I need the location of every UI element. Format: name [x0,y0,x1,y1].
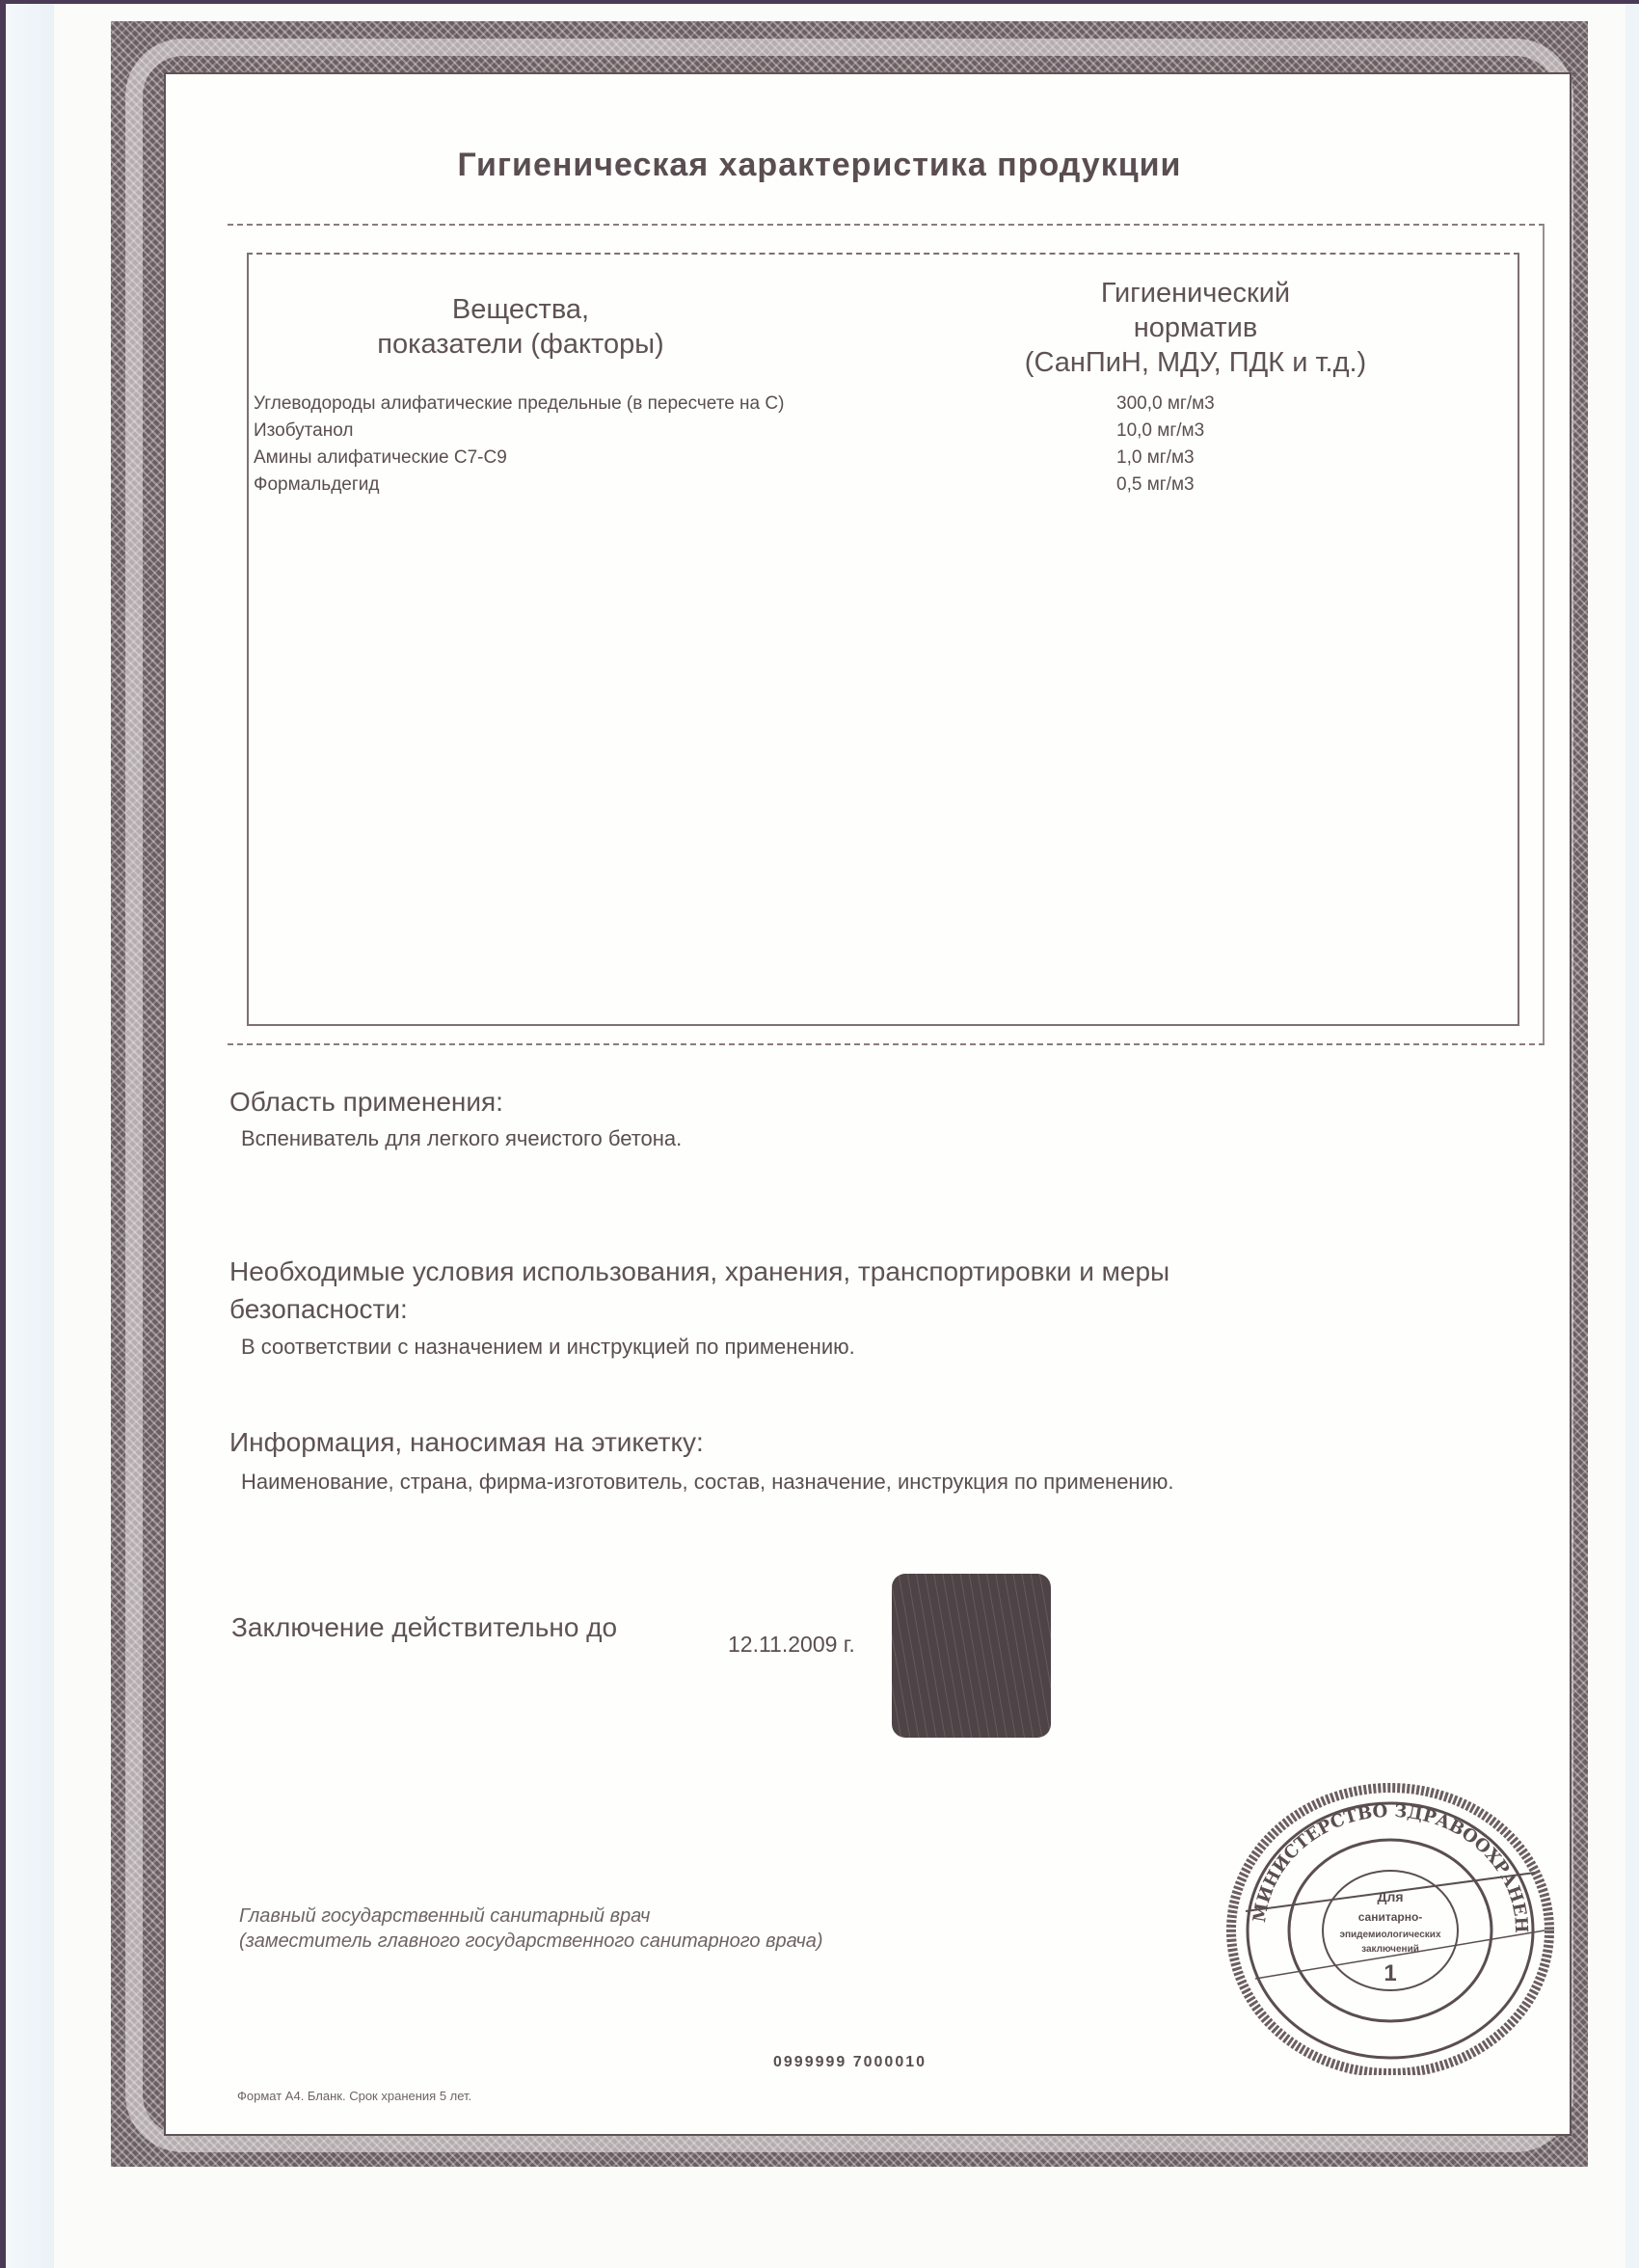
norm-cell: 0,5 мг/м3 [1116,472,1215,499]
substance-cell: Изобутанол [254,418,784,445]
scope-text: Вспениватель для легкого ячеистого бетон… [241,1126,682,1151]
scope-heading: Область применения: [229,1087,503,1118]
column-header-norm: Гигиенический норматив (СанПиН, МДУ, ПДК… [945,276,1446,380]
substance-cell: Углеводороды алифатические предельные (в… [254,391,784,418]
svg-text:1: 1 [1384,1960,1396,1986]
substance-cell: Формальдегид [254,472,784,499]
header-line: норматив [945,310,1446,345]
signatory-line1: Главный государственный санитарный врач [239,1903,823,1929]
header-line: (СанПиН, МДУ, ПДК и т.д.) [945,345,1446,380]
norm-cell: 10,0 мг/м3 [1116,418,1215,445]
header-line: Гигиенический [945,276,1446,310]
validity-label: Заключение действительно до [231,1612,617,1643]
norm-cell: 1,0 мг/м3 [1116,445,1215,472]
label-info-heading: Информация, наносимая на этикетку: [229,1427,704,1458]
conditions-text: В соответствии с назначением и инструкци… [241,1335,855,1360]
header-line: показатели (факторы) [280,327,762,362]
round-seal: МИНИСТЕРСТВО ЗДРАВООХРАНЕНИЯ РОССИЙСКОЙ … [1226,1776,1554,2075]
substance-cell: Амины алифатические С7-С9 [254,445,784,472]
document-title: Гигиеническая характеристика продукции [0,147,1639,184]
form-format-note: Формат А4. Бланк. Срок хранения 5 лет. [237,2089,471,2103]
scanner-background [6,4,56,2268]
substance-column: Углеводороды алифатические предельные (в… [254,391,784,499]
column-header-substances: Вещества, показатели (факторы) [280,292,762,362]
label-info-text: Наименование, страна, фирма-изготовитель… [241,1470,1173,1495]
official-stamp [892,1574,1051,1738]
validity-date: 12.11.2009 г. [728,1632,855,1658]
header-line: Вещества, [280,292,762,327]
norm-cell: 300,0 мг/м3 [1116,391,1215,418]
svg-text:эпидемиологических: эпидемиологических [1339,1930,1440,1940]
svg-text:санитарно-: санитарно- [1358,1910,1423,1924]
form-serial-number: 0999999 7000010 [773,2054,927,2071]
norm-column: 300,0 мг/м3 10,0 мг/м3 1,0 мг/м3 0,5 мг/… [1116,391,1215,499]
signatory-title: Главный государственный санитарный врач … [239,1903,823,1954]
conditions-heading-line1: Необходимые условия использования, хране… [229,1256,1169,1287]
seal-graphic: МИНИСТЕРСТВО ЗДРАВООХРАНЕНИЯ РОССИЙСКОЙ … [1226,1776,1554,2075]
signatory-line2: (заместитель главного государственного с… [239,1929,823,1954]
conditions-heading-line2: безопасности: [229,1294,408,1325]
